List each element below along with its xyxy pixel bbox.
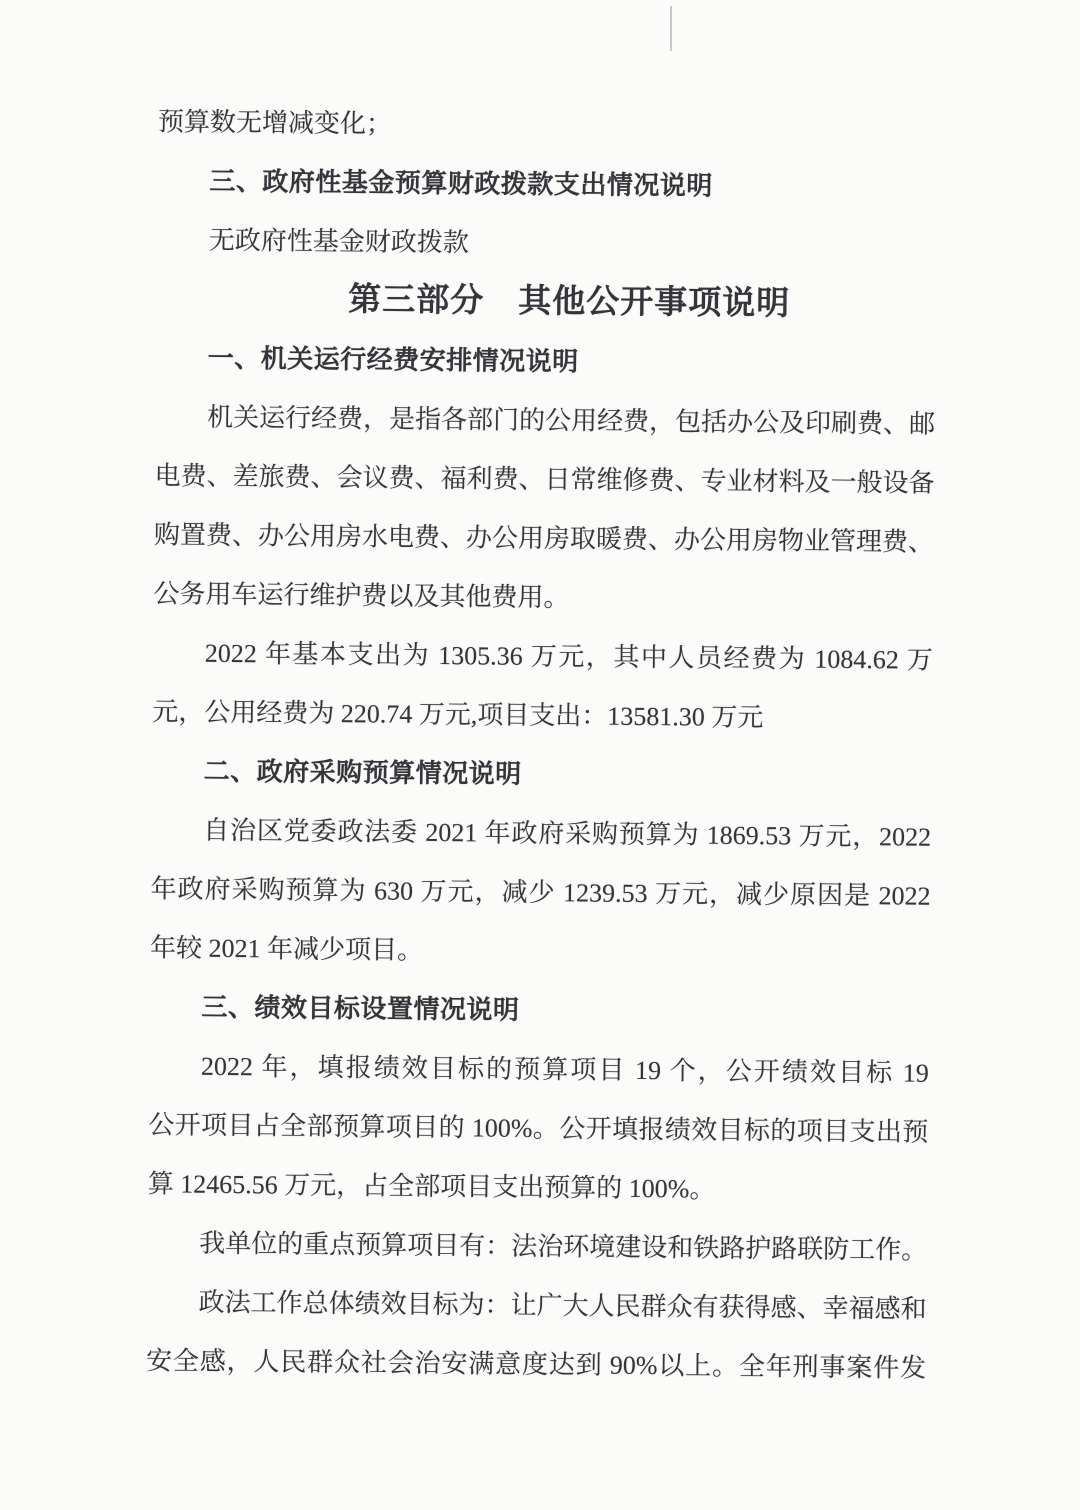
- document-line: 2022 年基本支出为 1305.36 万元，其中人员经费为 1084.62 万: [153, 623, 934, 689]
- document-line: 元，公用经费为 220.74 万元,项目支出：13581.30 万元: [152, 682, 933, 748]
- scanned-document-page: 预算数无增减变化；三、政府性基金预算财政拨款支出情况说明无政府性基金财政拨款第三…: [0, 0, 1080, 1510]
- document-line: 三、政府性基金预算财政拨款支出情况说明: [157, 151, 938, 217]
- document-line: 我单位的重点预算项目有：法治环境建设和铁路护路联防工作。: [147, 1213, 928, 1279]
- document-line: 自治区党委政法委 2021 年政府采购预算为 1869.53 万元，2022: [151, 800, 932, 866]
- document-line: 年政府采购预算为 630 万元，减少 1239.53 万元，减少原因是 2022: [150, 859, 931, 925]
- document-line: 第三部分 其他公开事项说明: [156, 269, 937, 335]
- document-text-block: 预算数无增减变化；三、政府性基金预算财政拨款支出情况说明无政府性基金财政拨款第三…: [146, 92, 938, 1397]
- scan-streak-artifact: [670, 6, 672, 51]
- document-line: 预算数无增减变化；: [158, 92, 939, 158]
- document-line: 三、绩效目标设置情况说明: [149, 977, 930, 1043]
- document-line: 机关运行经费，是指各部门的公用经费，包括办公及印刷费、邮: [155, 387, 936, 453]
- document-line: 公开项目占全部预算项目的 100%。公开填报绩效目标的项目支出预: [148, 1095, 929, 1161]
- document-line: 安全感，人民群众社会治安满意度达到 90%以上。全年刑事案件发生: [146, 1331, 927, 1397]
- document-line: 年较 2021 年减少项目。: [150, 918, 931, 984]
- document-line: 2022 年，填报绩效目标的预算项目 19 个，公开绩效目标 19 个，: [149, 1036, 930, 1102]
- document-line: 电费、差旅费、会议费、福利费、日常维修费、专业材料及一般设备: [154, 446, 935, 512]
- document-line: 一、机关运行经费安排情况说明: [155, 328, 936, 394]
- document-line: 公务用车运行维护费以及其他费用。: [153, 564, 934, 630]
- document-line: 无政府性基金财政拨款: [157, 210, 938, 276]
- document-line: 二、政府采购预算情况说明: [151, 741, 932, 807]
- document-line: 购置费、办公用房水电费、办公用房取暖费、办公用房物业管理费、: [154, 505, 935, 571]
- document-line: 政法工作总体绩效目标为：让广大人民群众有获得感、幸福感和: [146, 1272, 927, 1338]
- document-line: 算 12465.56 万元，占全部项目支出预算的 100%。: [147, 1154, 928, 1220]
